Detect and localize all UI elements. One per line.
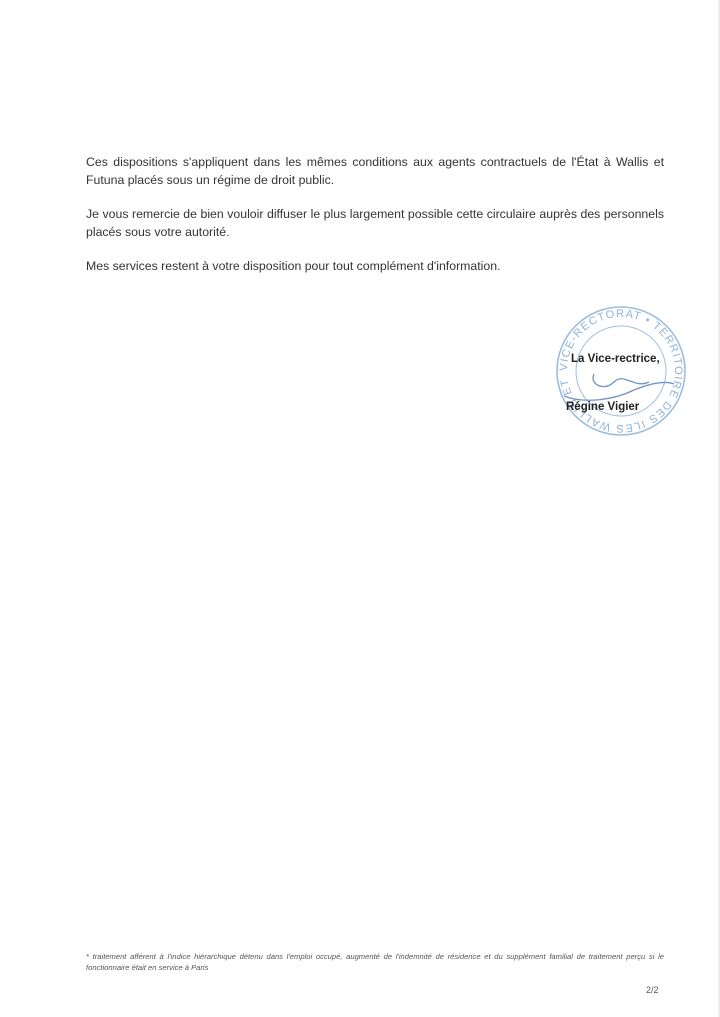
signatory-title: La Vice-rectrice, [571,353,660,365]
paragraph-distribution-request: Je vous remercie de bien vouloir diffuse… [86,205,664,241]
page-number: 2/2 [646,985,659,995]
paragraph-contractual-agents: Ces dispositions s'appliquent dans les m… [86,153,664,189]
signatory-name: Régine Vigier [566,401,639,413]
footnote: * traitement afférent à l'indice hiérarc… [86,951,664,973]
official-stamp-icon: VICE-RECTORAT • TERRITOIRE DES ILES WALL… [554,304,688,438]
paragraph-closing: Mes services restent à votre disposition… [86,257,664,275]
